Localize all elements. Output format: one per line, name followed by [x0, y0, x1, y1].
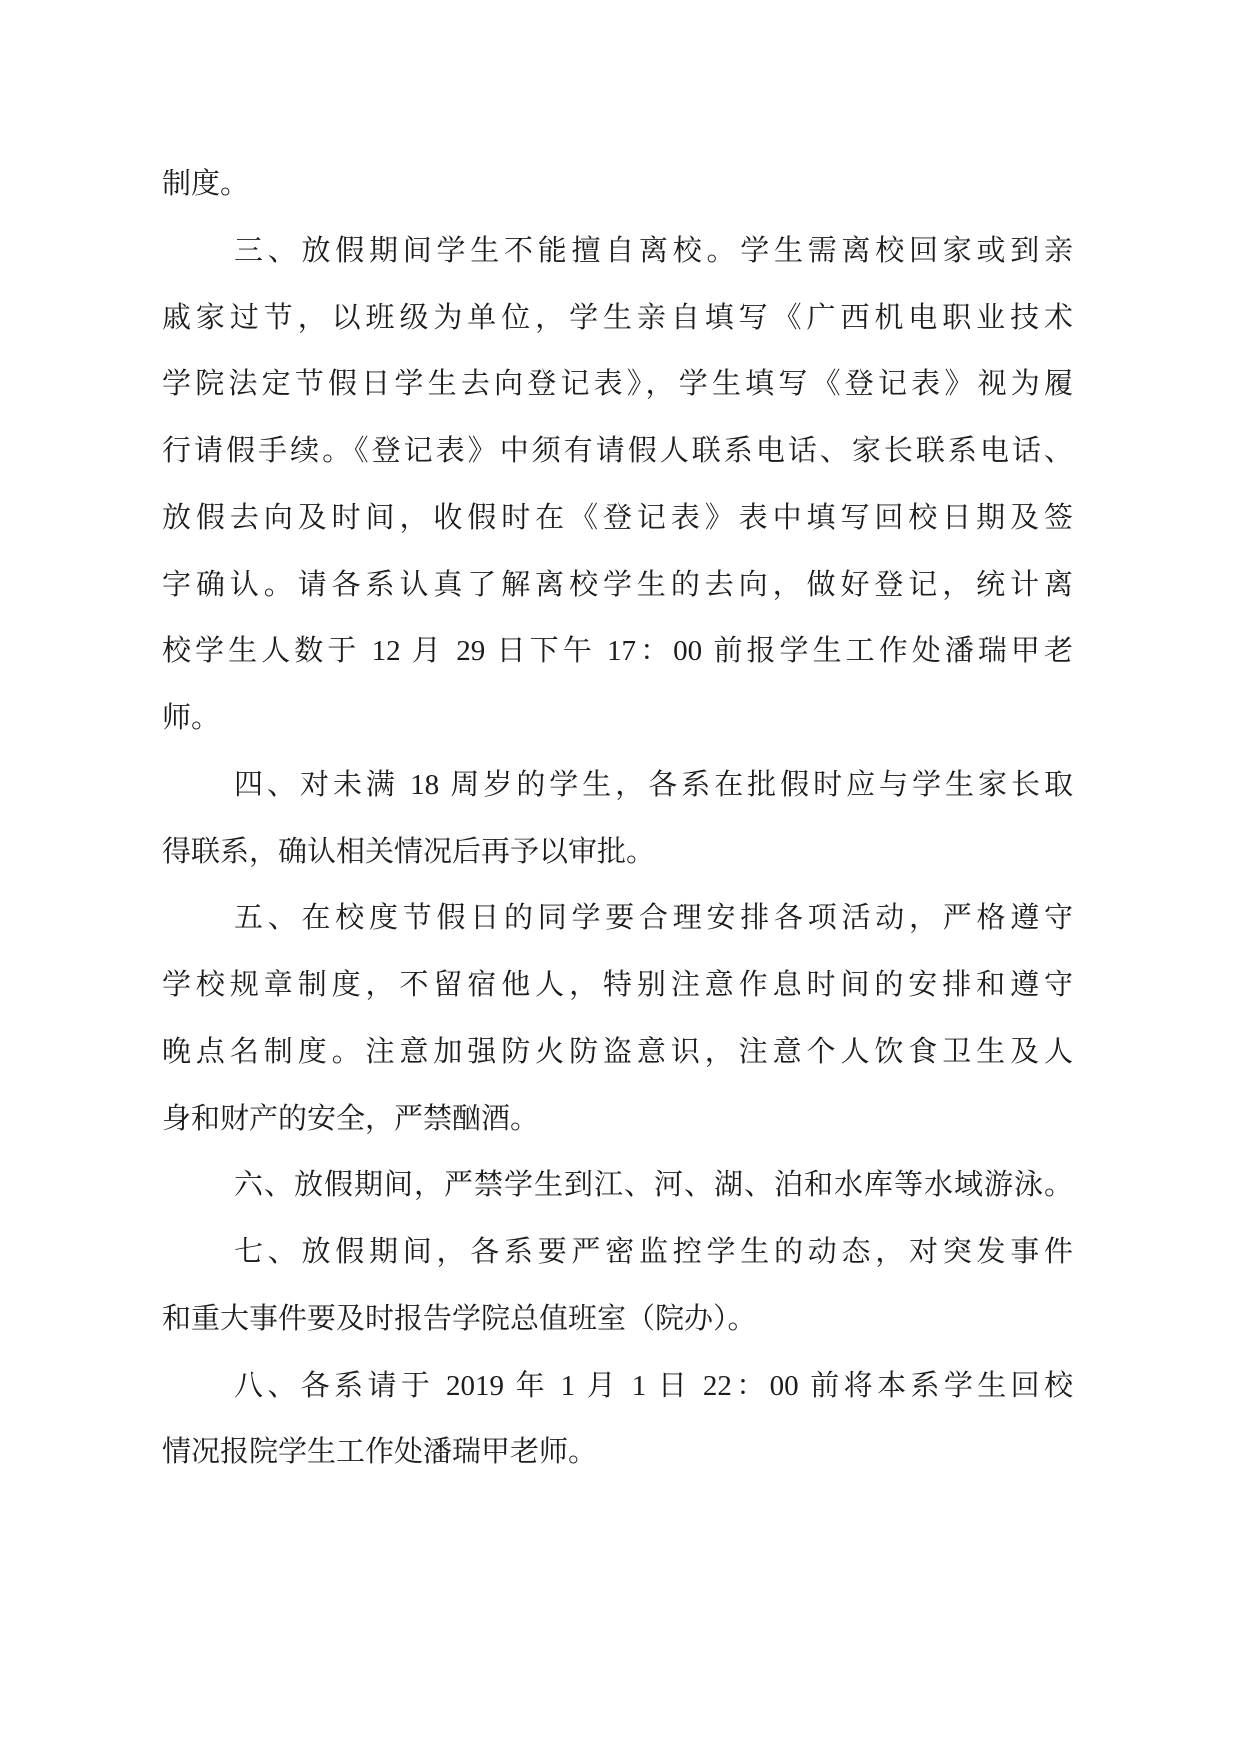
text-line: 情况报院学生工作处潘瑞甲老师。: [162, 1419, 1073, 1486]
text-line: 制度。: [162, 151, 1073, 218]
document-body: 制度。 三、放假期间学生不能擅自离校。学生需离校回家或到亲 戚家过节，以班级为单…: [162, 151, 1073, 1486]
text-line: 六、放假期间，严禁学生到江、河、湖、泊和水库等水域游泳。: [162, 1152, 1073, 1219]
text-line: 放假去向及时间，收假时在《登记表》表中填写回校日期及签: [162, 485, 1073, 552]
text-line: 四、对未满 18 周岁的学生，各系在批假时应与学生家长取: [162, 752, 1073, 819]
text-line: 和重大事件要及时报告学院总值班室（院办）。: [162, 1286, 1073, 1353]
text-line: 五、在校度节假日的同学要合理安排各项活动，严格遵守: [162, 885, 1073, 952]
text-line: 学校规章制度，不留宿他人，特别注意作息时间的安排和遵守: [162, 952, 1073, 1019]
text-line: 戚家过节，以班级为单位，学生亲自填写《广西机电职业技术: [162, 285, 1073, 352]
text-line: 三、放假期间学生不能擅自离校。学生需离校回家或到亲: [162, 218, 1073, 285]
text-line: 晚点名制度。注意加强防火防盗意识，注意个人饮食卫生及人: [162, 1019, 1073, 1086]
text-line: 校学生人数于 12 月 29 日下午 17：00 前报学生工作处潘瑞甲老: [162, 618, 1073, 685]
text-line: 得联系，确认相关情况后再予以审批。: [162, 819, 1073, 886]
text-line: 字确认。请各系认真了解离校学生的去向，做好登记，统计离: [162, 552, 1073, 619]
text-line: 学院法定节假日学生去向登记表》，学生填写《登记表》视为履: [162, 351, 1073, 418]
document-page: 制度。 三、放假期间学生不能擅自离校。学生需离校回家或到亲 戚家过节，以班级为单…: [0, 0, 1240, 1753]
text-line: 师。: [162, 685, 1073, 752]
text-line: 行请假手续。《登记表》中须有请假人联系电话、家长联系电话、: [162, 418, 1073, 485]
text-line: 八、各系请于 2019 年 1 月 1 日 22：00 前将本系学生回校: [162, 1353, 1073, 1420]
text-line: 身和财产的安全，严禁酗酒。: [162, 1086, 1073, 1153]
text-line: 七、放假期间，各系要严密监控学生的动态，对突发事件: [162, 1219, 1073, 1286]
